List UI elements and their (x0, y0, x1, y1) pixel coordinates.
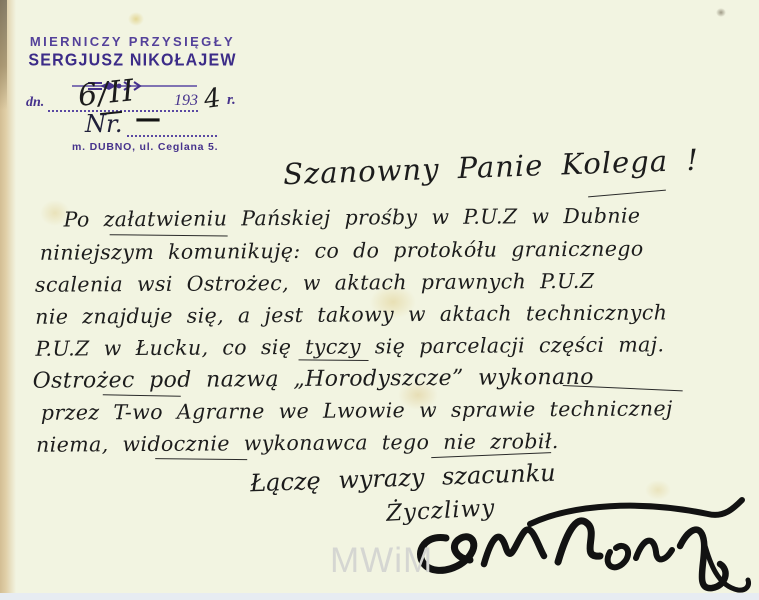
handwritten-date: 6/II (76, 73, 136, 114)
body-line: przez T-wo Agrarne we Lwowie w sprawie t… (41, 396, 673, 424)
office-address: m. DUBNO, ul. Ceglana 5. (72, 141, 218, 153)
underline-stroke (299, 359, 369, 361)
scan-left-edge-shadow (0, 0, 7, 110)
year-suffix-label: r. (227, 92, 236, 109)
underline-stroke (103, 394, 181, 396)
paper-stain (716, 8, 726, 17)
body-line: Po załatwieniu Pańskiej prośby w P.U.Z w… (63, 204, 640, 232)
closing-phrase: Łączę wyrazy szacunku (250, 459, 556, 498)
body-line: Ostrożec pod nazwą „Horodyszcze” wykonan… (33, 365, 594, 394)
profession-title: MIERNICZY PRZYSIĘGŁY (25, 34, 240, 49)
underline-stroke (110, 234, 228, 236)
body-line: nie znajduje się, a jest takowy w aktach… (35, 300, 667, 328)
signature (412, 494, 752, 598)
body-line: P.U.Z w Łucku, co się tyczy się parcelac… (35, 332, 664, 360)
scanned-letter: MIERNICZY PRZYSIĘGŁY SERGJUSZ NIKOŁAJEW … (0, 0, 759, 600)
letterhead-stamp: MIERNICZY PRZYSIĘGŁY SERGJUSZ NIKOŁAJEW (25, 34, 240, 70)
salutation: Szanowny Panie Kolega ! (283, 143, 700, 191)
number-label: Nr. (85, 110, 122, 138)
handwritten-number-dash: — (135, 104, 159, 134)
number-line: Nr. — (85, 110, 225, 140)
body-line: scalenia wsi Ostrożec, w aktach prawnych… (35, 269, 595, 297)
underline-stroke (588, 190, 666, 198)
archive-watermark: MWiM (330, 541, 433, 581)
printed-year: 193 (174, 92, 198, 110)
number-dotted-line (127, 135, 217, 137)
surveyor-name: SERGJUSZ NIKOŁAJEW (25, 51, 240, 71)
paper-stain (128, 12, 144, 26)
underline-stroke (155, 458, 247, 460)
body-line: niema, widocznie wykonawca tego nie zrob… (36, 429, 559, 457)
date-prefix-label: dn. (26, 95, 44, 111)
body-line: niniejszym komunikuję: co do protokółu g… (40, 237, 644, 265)
